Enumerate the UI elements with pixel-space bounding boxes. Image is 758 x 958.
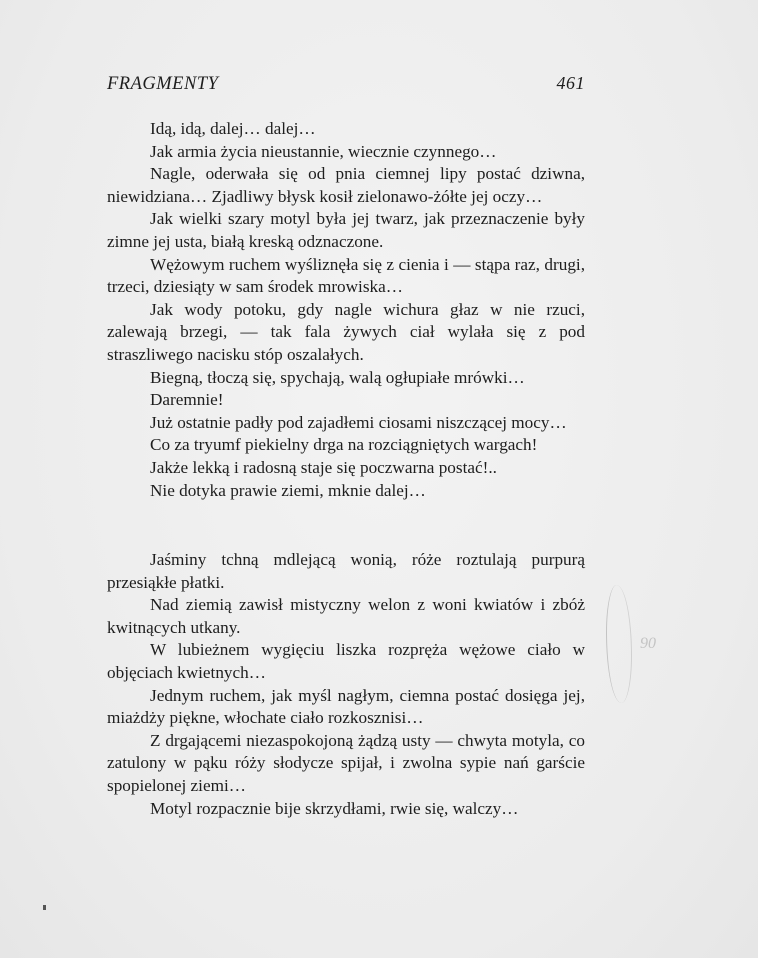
paragraph: W lubieżnem wygięciu liszka rozpręża węż…: [107, 639, 585, 684]
paragraph: Nad ziemią zawisł mistyczny welon z woni…: [107, 594, 585, 639]
section-break: [107, 502, 585, 549]
paragraph: Co za tryumf piekielny drga na rozciągni…: [107, 434, 585, 457]
paragraph: Nagle, oderwała się od pnia ciemnej lipy…: [107, 163, 585, 208]
page-number: 461: [557, 73, 586, 94]
running-head: FRAGMENTY 461: [107, 73, 585, 95]
paragraph: Jak wody potoku, gdy nagle wichura głaz …: [107, 299, 585, 367]
paragraph: Nie dotyka prawie ziemi, mknie dalej…: [107, 480, 585, 503]
paragraph: Jakże lekką i radosną staje się poczwarn…: [107, 457, 585, 480]
ink-speck: [43, 905, 46, 910]
paragraph: Idą, idą, dalej… dalej…: [107, 118, 585, 141]
paragraph: Już ostatnie padły pod zajadłemi ciosami…: [107, 412, 585, 435]
margin-pencil-note: 90: [640, 635, 670, 663]
section-2: Jaśminy tchną mdlejącą wonią, róże roztu…: [107, 549, 585, 820]
book-page: FRAGMENTY 461 Idą, idą, dalej… dalej… Ja…: [0, 0, 758, 958]
paragraph: Z drgającemi niezaspokojoną żądzą usty —…: [107, 730, 585, 798]
margin-pencil-line: [606, 585, 632, 703]
paragraph: Jednym ruchem, jak myśl nagłym, ciemna p…: [107, 685, 585, 730]
paragraph: Jak wielki szary motyl była jej twarz, j…: [107, 208, 585, 253]
paragraph: Motyl rozpacznie bije skrzydłami, rwie s…: [107, 798, 585, 821]
paragraph: Wężowym ruchem wyśliznęła się z cienia i…: [107, 254, 585, 299]
section-1: Idą, idą, dalej… dalej… Jak armia życia …: [107, 118, 585, 502]
paragraph: Jak armia życia nieustannie, wiecznie cz…: [107, 141, 585, 164]
paragraph: Jaśminy tchną mdlejącą wonią, róże roztu…: [107, 549, 585, 594]
paragraph: Biegną, tłoczą się, spychają, walą ogłup…: [107, 367, 585, 390]
paragraph: Daremnie!: [107, 389, 585, 412]
body-text: Idą, idą, dalej… dalej… Jak armia życia …: [107, 118, 585, 820]
running-title: FRAGMENTY: [107, 74, 218, 95]
